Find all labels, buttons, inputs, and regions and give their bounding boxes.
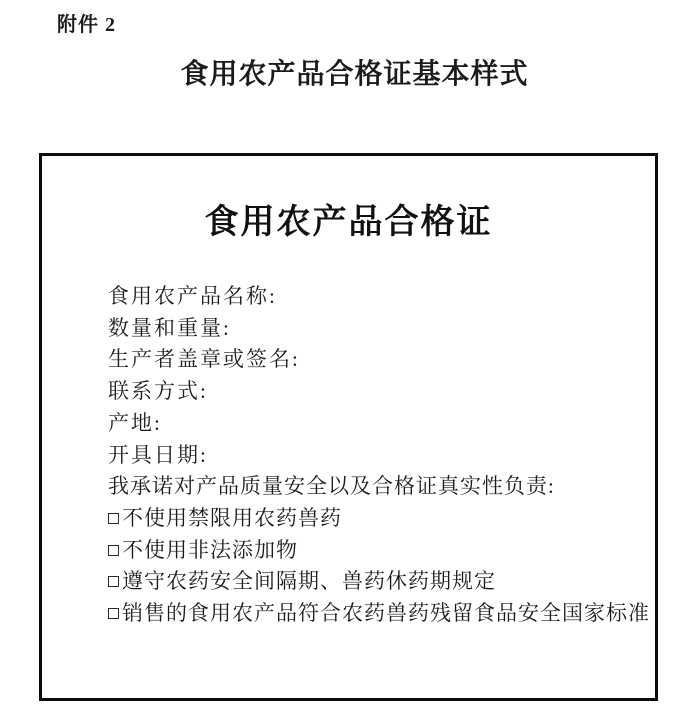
certificate-line-text: 食用农产品名称: [108, 284, 277, 308]
certificate-line-text: 不使用禁限用农药兽药 [122, 506, 342, 530]
checkbox-icon [108, 513, 119, 524]
certificate-line: 生产者盖章或签名: [108, 344, 635, 376]
certificate-box: 食用农产品合格证 食用农产品名称:数量和重量:生产者盖章或签名:联系方式:产地:… [39, 153, 658, 701]
certificate-line-text: 数量和重量: [108, 316, 231, 340]
certificate-line: 不使用非法添加物 [108, 535, 635, 567]
certificate-title: 食用农产品合格证 [42, 201, 655, 245]
checkbox-icon [108, 545, 119, 556]
certificate-line-text: 不使用非法添加物 [122, 538, 298, 562]
certificate-line-text: 销售的食用农产品符合农药兽药残留食品安全国家标准 [122, 601, 650, 625]
certificate-line: 销售的食用农产品符合农药兽药残留食品安全国家标准 [108, 598, 635, 630]
certificate-line-text: 联系方式: [108, 379, 208, 403]
certificate-lines: 食用农产品名称:数量和重量:生产者盖章或签名:联系方式:产地:开具日期:我承诺对… [42, 281, 655, 630]
certificate-line: 我承诺对产品质量安全以及合格证真实性负责: [108, 471, 635, 503]
attachment-label: 附件 2 [57, 11, 116, 39]
page-title: 食用农产品合格证基本样式 [0, 57, 699, 93]
checkbox-icon [108, 576, 119, 587]
certificate-line: 开具日期: [108, 440, 635, 472]
certificate-line: 食用农产品名称: [108, 281, 635, 313]
document-page: 附件 2 食用农产品合格证基本样式 食用农产品合格证 食用农产品名称:数量和重量… [0, 0, 699, 720]
certificate-line-text: 遵守农药安全间隔期、兽药休药期规定 [122, 569, 496, 593]
certificate-line: 不使用禁限用农药兽药 [108, 503, 635, 535]
certificate-line-text: 产地: [108, 411, 162, 435]
certificate-line-text: 生产者盖章或签名: [108, 347, 300, 371]
certificate-line-text: 开具日期: [108, 443, 208, 467]
certificate-line: 联系方式: [108, 376, 635, 408]
certificate-line: 数量和重量: [108, 313, 635, 345]
checkbox-icon [108, 608, 119, 619]
certificate-line: 产地: [108, 408, 635, 440]
certificate-line: 遵守农药安全间隔期、兽药休药期规定 [108, 566, 635, 598]
certificate-line-text: 我承诺对产品质量安全以及合格证真实性负责: [108, 474, 555, 498]
